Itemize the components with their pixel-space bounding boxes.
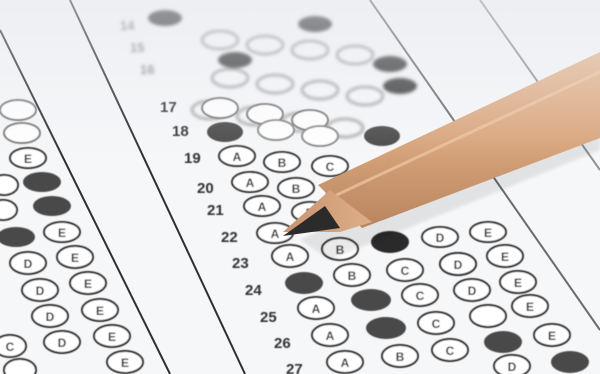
answer-sheet: 141516 17 18 19 20 21 22 23 24 25 26 27	[0, 0, 600, 374]
svg-text:A: A	[258, 200, 267, 214]
svg-text:A: A	[326, 329, 335, 343]
svg-text:19: 19	[184, 150, 201, 167]
svg-text:C: C	[446, 344, 455, 358]
svg-text:D: D	[24, 257, 33, 271]
svg-text:17: 17	[160, 99, 177, 116]
svg-text:26: 26	[274, 335, 291, 352]
svg-text:E: E	[548, 329, 556, 343]
svg-text:A: A	[286, 250, 295, 264]
svg-text:D: D	[508, 360, 517, 374]
svg-text:21: 21	[207, 202, 224, 219]
svg-text:D: D	[436, 231, 445, 245]
svg-text:D: D	[36, 284, 45, 298]
svg-text:14: 14	[120, 18, 135, 33]
svg-text:C: C	[6, 340, 15, 354]
photo-scene: 141516 17 18 19 20 21 22 23 24 25 26 27	[0, 0, 600, 374]
svg-text:E: E	[24, 152, 32, 166]
svg-text:18: 18	[172, 123, 189, 140]
svg-text:D: D	[58, 336, 67, 350]
svg-text:E: E	[84, 277, 92, 291]
svg-text:16: 16	[140, 62, 154, 77]
svg-text:27: 27	[286, 361, 303, 374]
svg-text:D: D	[454, 258, 463, 272]
svg-text:E: E	[526, 300, 534, 314]
svg-text:B: B	[396, 350, 405, 364]
svg-text:E: E	[514, 276, 522, 290]
svg-text:22: 22	[221, 229, 238, 246]
svg-text:E: E	[121, 356, 129, 370]
svg-text:C: C	[326, 160, 335, 174]
svg-text:A: A	[233, 150, 242, 164]
svg-text:E: E	[108, 330, 116, 344]
svg-text:24: 24	[245, 282, 262, 299]
svg-text:A: A	[246, 176, 255, 190]
svg-text:25: 25	[260, 309, 277, 326]
svg-text:A: A	[341, 356, 350, 370]
svg-text:B: B	[292, 182, 301, 196]
svg-text:A: A	[271, 227, 280, 241]
svg-text:C: C	[416, 289, 425, 303]
svg-text:20: 20	[197, 180, 214, 197]
svg-text:23: 23	[232, 255, 249, 272]
svg-text:C: C	[432, 317, 441, 331]
svg-text:A: A	[312, 302, 321, 316]
svg-text:B: B	[278, 156, 287, 170]
svg-text:E: E	[71, 251, 79, 265]
svg-text:E: E	[501, 250, 509, 264]
svg-text:D: D	[46, 310, 55, 324]
svg-text:B: B	[348, 269, 357, 283]
svg-text:15: 15	[130, 40, 144, 55]
svg-text:D: D	[468, 284, 477, 298]
svg-text:C: C	[401, 264, 410, 278]
svg-text:E: E	[58, 226, 66, 240]
svg-text:E: E	[484, 226, 492, 240]
svg-text:E: E	[96, 304, 104, 318]
